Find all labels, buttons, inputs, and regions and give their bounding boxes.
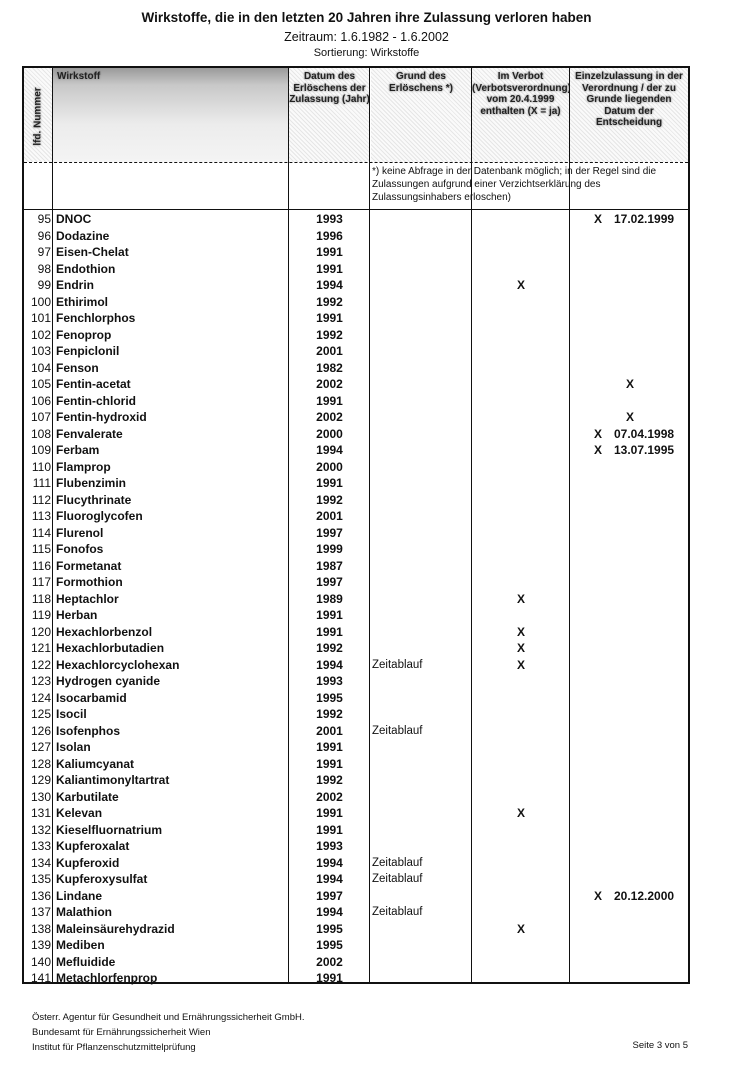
reason-footnote: *) keine Abfrage in der Datenbank möglic… <box>372 165 690 204</box>
ban-mark: X <box>472 277 570 294</box>
table-row: 127Isolan1991 <box>24 739 688 756</box>
expiry-reason: Zeitablauf <box>372 855 423 872</box>
note-mark: X <box>594 426 602 443</box>
substance-name: Hexachlorcyclohexan <box>56 657 179 674</box>
substance-name: Kaliumcyanat <box>56 756 134 773</box>
footer-line-3: Institut für Pflanzenschutzmittelprüfung <box>32 1040 304 1055</box>
substance-name: Flucythrinate <box>56 492 131 509</box>
substance-name: Kupferoxysulfat <box>56 871 147 888</box>
substance-name: Fenpiclonil <box>56 343 119 360</box>
substance-name: Kelevan <box>56 805 102 822</box>
table-row: 113Fluoroglycofen2001 <box>24 508 688 525</box>
table-row: 106Fentin-chlorid1991 <box>24 393 688 410</box>
substance-name: Fluoroglycofen <box>56 508 143 525</box>
substance-name: Kupferoxid <box>56 855 119 872</box>
row-number: 134 <box>24 855 51 872</box>
table-row: 104Fenson1982 <box>24 360 688 377</box>
substance-name: Hexachlorbenzol <box>56 624 152 641</box>
table-body: 95DNOC1993X17.02.199996Dodazine199697Eis… <box>24 211 688 987</box>
substance-name: Endrin <box>56 277 94 294</box>
expiry-year: 1995 <box>289 690 370 707</box>
expiry-year: 1995 <box>289 921 370 938</box>
row-number: 136 <box>24 888 51 905</box>
expiry-year: 1991 <box>289 822 370 839</box>
row-number: 112 <box>24 492 51 509</box>
expiry-year: 2002 <box>289 409 370 426</box>
substance-name: Herban <box>56 607 97 624</box>
table-row: 101Fenchlorphos1991 <box>24 310 688 327</box>
substance-name: Lindane <box>56 888 102 905</box>
row-number: 139 <box>24 937 51 954</box>
table-row: 125Isocil1992 <box>24 706 688 723</box>
expiry-year: 1991 <box>289 393 370 410</box>
expiry-year: 2002 <box>289 789 370 806</box>
expiry-year: 1997 <box>289 574 370 591</box>
row-number: 137 <box>24 904 51 921</box>
header-cell-name: Wirkstoff <box>53 68 288 162</box>
expiry-reason: Zeitablauf <box>372 871 423 888</box>
substance-name: Hexachlorbutadien <box>56 640 164 657</box>
substance-name: Dodazine <box>56 228 109 245</box>
row-number: 102 <box>24 327 51 344</box>
table-row: 140Mefluidide2002 <box>24 954 688 971</box>
document-period: Zeitraum: 1.6.1982 - 1.6.2002 <box>0 30 733 44</box>
row-number: 110 <box>24 459 51 476</box>
row-number: 130 <box>24 789 51 806</box>
row-number: 95 <box>24 211 51 228</box>
row-number: 121 <box>24 640 51 657</box>
column-header-reason: Grund des Erlöschens *) <box>371 68 471 94</box>
substance-name: Metachlorfenprop <box>56 970 157 987</box>
document-sorting: Sortierung: Wirkstoffe <box>0 47 733 59</box>
row-number: 141 <box>24 970 51 987</box>
substance-name: Isofenphos <box>56 723 120 740</box>
header-cell-reason: Grund des Erlöschens *) <box>371 68 471 162</box>
table-row: 115Fonofos1999 <box>24 541 688 558</box>
table-row: 134Kupferoxid1994Zeitablauf <box>24 855 688 872</box>
row-number: 119 <box>24 607 51 624</box>
footer-line-1: Österr. Agentur für Gesundheit und Ernäh… <box>32 1010 304 1025</box>
substance-name: Ferbam <box>56 442 99 459</box>
expiry-year: 1997 <box>289 888 370 905</box>
expiry-year: 1994 <box>289 855 370 872</box>
row-number: 108 <box>24 426 51 443</box>
expiry-reason: Zeitablauf <box>372 657 423 674</box>
column-header-note: Einzelzulassung in der Verordnung / der … <box>570 68 688 129</box>
row-number: 101 <box>24 310 51 327</box>
expiry-year: 1991 <box>289 475 370 492</box>
expiry-year: 2000 <box>289 459 370 476</box>
substance-name: Ethirimol <box>56 294 108 311</box>
table-row: 114Flurenol1997 <box>24 525 688 542</box>
expiry-year: 1999 <box>289 541 370 558</box>
row-number: 116 <box>24 558 51 575</box>
row-number: 96 <box>24 228 51 245</box>
table-row: 124Isocarbamid1995 <box>24 690 688 707</box>
expiry-year: 1992 <box>289 327 370 344</box>
column-header-num: lfd. Nummer <box>33 87 44 145</box>
ban-mark: X <box>472 624 570 641</box>
row-number: 105 <box>24 376 51 393</box>
row-number: 99 <box>24 277 51 294</box>
footer-line-2: Bundesamt für Ernährungssicherheit Wien <box>32 1025 304 1040</box>
substances-table: lfd. Nummer Wirkstoff Datum des Erlösche… <box>22 66 690 984</box>
column-header-year: Datum des Erlöschens der Zulassung (Jahr… <box>289 68 370 106</box>
table-row: 100Ethirimol1992 <box>24 294 688 311</box>
substance-name: Mefluidide <box>56 954 115 971</box>
table-row: 105Fentin-acetat2002X <box>24 376 688 393</box>
substance-name: Fentin-hydroxid <box>56 409 147 426</box>
expiry-year: 1992 <box>289 492 370 509</box>
expiry-year: 1994 <box>289 657 370 674</box>
table-row: 107Fentin-hydroxid2002X <box>24 409 688 426</box>
expiry-year: 1997 <box>289 525 370 542</box>
table-row: 128Kaliumcyanat1991 <box>24 756 688 773</box>
table-row: 122Hexachlorcyclohexan1994ZeitablaufX <box>24 657 688 674</box>
row-number: 125 <box>24 706 51 723</box>
expiry-year: 1991 <box>289 310 370 327</box>
expiry-year: 1994 <box>289 277 370 294</box>
expiry-year: 1991 <box>289 624 370 641</box>
table-row: 97Eisen-Chelat1991 <box>24 244 688 261</box>
table-row: 99Endrin1994X <box>24 277 688 294</box>
expiry-year: 1982 <box>289 360 370 377</box>
substance-name: Fenoprop <box>56 327 111 344</box>
substance-name: Fonofos <box>56 541 103 558</box>
expiry-year: 1992 <box>289 706 370 723</box>
row-number: 109 <box>24 442 51 459</box>
expiry-year: 1994 <box>289 442 370 459</box>
row-number: 114 <box>24 525 51 542</box>
table-row: 129Kaliantimonyltartrat1992 <box>24 772 688 789</box>
row-number: 104 <box>24 360 51 377</box>
expiry-year: 1991 <box>289 261 370 278</box>
table-row: 126Isofenphos2001Zeitablauf <box>24 723 688 740</box>
expiry-year: 1995 <box>289 937 370 954</box>
table-row: 137Malathion1994Zeitablauf <box>24 904 688 921</box>
substance-name: Kaliantimonyltartrat <box>56 772 169 789</box>
substance-name: Malathion <box>56 904 112 921</box>
note-mark: X <box>570 409 690 426</box>
row-number: 133 <box>24 838 51 855</box>
row-number: 140 <box>24 954 51 971</box>
row-number: 117 <box>24 574 51 591</box>
table-row: 95DNOC1993X17.02.1999 <box>24 211 688 228</box>
expiry-year: 1991 <box>289 970 370 987</box>
page-number: Seite 3 von 5 <box>633 1040 688 1051</box>
row-number: 120 <box>24 624 51 641</box>
substance-name: Fenvalerate <box>56 426 123 443</box>
table-row: 136Lindane1997X20.12.2000 <box>24 888 688 905</box>
table-row: 96Dodazine1996 <box>24 228 688 245</box>
table-row: 116Formetanat1987 <box>24 558 688 575</box>
row-number: 118 <box>24 591 51 608</box>
substance-name: Formothion <box>56 574 123 591</box>
expiry-year: 1992 <box>289 772 370 789</box>
row-number: 113 <box>24 508 51 525</box>
note-date: 07.04.1998 <box>614 426 674 443</box>
row-number: 123 <box>24 673 51 690</box>
note-mark: X <box>594 442 602 459</box>
table-row: 121Hexachlorbutadien1992X <box>24 640 688 657</box>
table-row: 135Kupferoxysulfat1994Zeitablauf <box>24 871 688 888</box>
substance-name: Flamprop <box>56 459 111 476</box>
substance-name: DNOC <box>56 211 91 228</box>
ban-mark: X <box>472 657 570 674</box>
ban-mark: X <box>472 805 570 822</box>
note-mark: X <box>594 888 602 905</box>
row-number: 135 <box>24 871 51 888</box>
row-number: 124 <box>24 690 51 707</box>
expiry-year: 1991 <box>289 607 370 624</box>
table-row: 132Kieselfluornatrium1991 <box>24 822 688 839</box>
row-number: 132 <box>24 822 51 839</box>
column-header-name: Wirkstoff <box>53 68 288 83</box>
table-row: 141Metachlorfenprop1991 <box>24 970 688 987</box>
header-cell-num: lfd. Nummer <box>24 68 52 162</box>
row-number: 98 <box>24 261 51 278</box>
row-number: 128 <box>24 756 51 773</box>
expiry-year: 1989 <box>289 591 370 608</box>
table-row: 139Mediben1995 <box>24 937 688 954</box>
substance-name: Fentin-chlorid <box>56 393 136 410</box>
expiry-year: 1991 <box>289 739 370 756</box>
expiry-year: 1991 <box>289 244 370 261</box>
note-mark: X <box>570 376 690 393</box>
row-number: 127 <box>24 739 51 756</box>
header-cell-note: Einzelzulassung in der Verordnung / der … <box>570 68 688 162</box>
note-date: 13.07.1995 <box>614 442 674 459</box>
row-number: 115 <box>24 541 51 558</box>
substance-name: Kupferoxalat <box>56 838 129 855</box>
table-row: 117Formothion1997 <box>24 574 688 591</box>
substance-name: Endothion <box>56 261 115 278</box>
expiry-year: 1992 <box>289 640 370 657</box>
column-header-ban: Im Verbot (Verbotsverordnung) vom 20.4.1… <box>472 68 569 117</box>
table-row: 112Flucythrinate1992 <box>24 492 688 509</box>
expiry-year: 2001 <box>289 723 370 740</box>
expiry-reason: Zeitablauf <box>372 904 423 921</box>
expiry-year: 2001 <box>289 508 370 525</box>
row-number: 126 <box>24 723 51 740</box>
substance-name: Eisen-Chelat <box>56 244 129 261</box>
expiry-year: 1993 <box>289 211 370 228</box>
table-row: 119Herban1991 <box>24 607 688 624</box>
row-number: 111 <box>24 475 51 492</box>
table-row: 131Kelevan1991X <box>24 805 688 822</box>
substance-name: Mediben <box>56 937 105 954</box>
expiry-year: 1991 <box>289 805 370 822</box>
expiry-year: 1991 <box>289 756 370 773</box>
expiry-reason: Zeitablauf <box>372 723 423 740</box>
row-number: 131 <box>24 805 51 822</box>
table-row: 130Karbutilate2002 <box>24 789 688 806</box>
substance-name: Fenchlorphos <box>56 310 135 327</box>
header-cell-year: Datum des Erlöschens der Zulassung (Jahr… <box>289 68 370 162</box>
note-mark: X <box>594 211 602 228</box>
table-row: 102Fenoprop1992 <box>24 327 688 344</box>
expiry-year: 1992 <box>289 294 370 311</box>
document-title: Wirkstoffe, die in den letzten 20 Jahren… <box>0 10 733 25</box>
substance-name: Kieselfluornatrium <box>56 822 162 839</box>
substance-name: Isocil <box>56 706 87 723</box>
expiry-year: 2002 <box>289 954 370 971</box>
table-row: 123Hydrogen cyanide1993 <box>24 673 688 690</box>
substance-name: Isolan <box>56 739 91 756</box>
table-row: 109Ferbam1994X13.07.1995 <box>24 442 688 459</box>
expiry-year: 2002 <box>289 376 370 393</box>
substance-name: Flubenzimin <box>56 475 126 492</box>
row-number: 129 <box>24 772 51 789</box>
header-bottom-divider <box>24 209 688 210</box>
substance-name: Isocarbamid <box>56 690 127 707</box>
row-number: 97 <box>24 244 51 261</box>
expiry-year: 2000 <box>289 426 370 443</box>
table-row: 108Fenvalerate2000X07.04.1998 <box>24 426 688 443</box>
substance-name: Heptachlor <box>56 591 119 608</box>
row-number: 100 <box>24 294 51 311</box>
substance-name: Flurenol <box>56 525 103 542</box>
table-row: 120Hexachlorbenzol1991X <box>24 624 688 641</box>
table-row: 110Flamprop2000 <box>24 459 688 476</box>
row-number: 103 <box>24 343 51 360</box>
substance-name: Maleinsäurehydrazid <box>56 921 175 938</box>
row-number: 106 <box>24 393 51 410</box>
ban-mark: X <box>472 640 570 657</box>
ban-mark: X <box>472 921 570 938</box>
expiry-year: 1996 <box>289 228 370 245</box>
table-row: 138Maleinsäurehydrazid1995X <box>24 921 688 938</box>
note-date: 20.12.2000 <box>614 888 674 905</box>
substance-name: Fentin-acetat <box>56 376 131 393</box>
note-date: 17.02.1999 <box>614 211 674 228</box>
row-number: 138 <box>24 921 51 938</box>
ban-mark: X <box>472 591 570 608</box>
row-number: 107 <box>24 409 51 426</box>
substance-name: Formetanat <box>56 558 121 575</box>
substance-name: Karbutilate <box>56 789 119 806</box>
row-number: 122 <box>24 657 51 674</box>
substance-name: Hydrogen cyanide <box>56 673 160 690</box>
header-cell-ban: Im Verbot (Verbotsverordnung) vom 20.4.1… <box>472 68 569 162</box>
table-row: 133Kupferoxalat1993 <box>24 838 688 855</box>
expiry-year: 1987 <box>289 558 370 575</box>
table-row: 103Fenpiclonil2001 <box>24 343 688 360</box>
substance-name: Fenson <box>56 360 99 377</box>
expiry-year: 2001 <box>289 343 370 360</box>
expiry-year: 1994 <box>289 871 370 888</box>
header-dashed-divider <box>24 162 688 163</box>
footer-institution: Österr. Agentur für Gesundheit und Ernäh… <box>32 1010 304 1055</box>
table-row: 111Flubenzimin1991 <box>24 475 688 492</box>
expiry-year: 1994 <box>289 904 370 921</box>
table-row: 98Endothion1991 <box>24 261 688 278</box>
expiry-year: 1993 <box>289 838 370 855</box>
expiry-year: 1993 <box>289 673 370 690</box>
table-row: 118Heptachlor1989X <box>24 591 688 608</box>
